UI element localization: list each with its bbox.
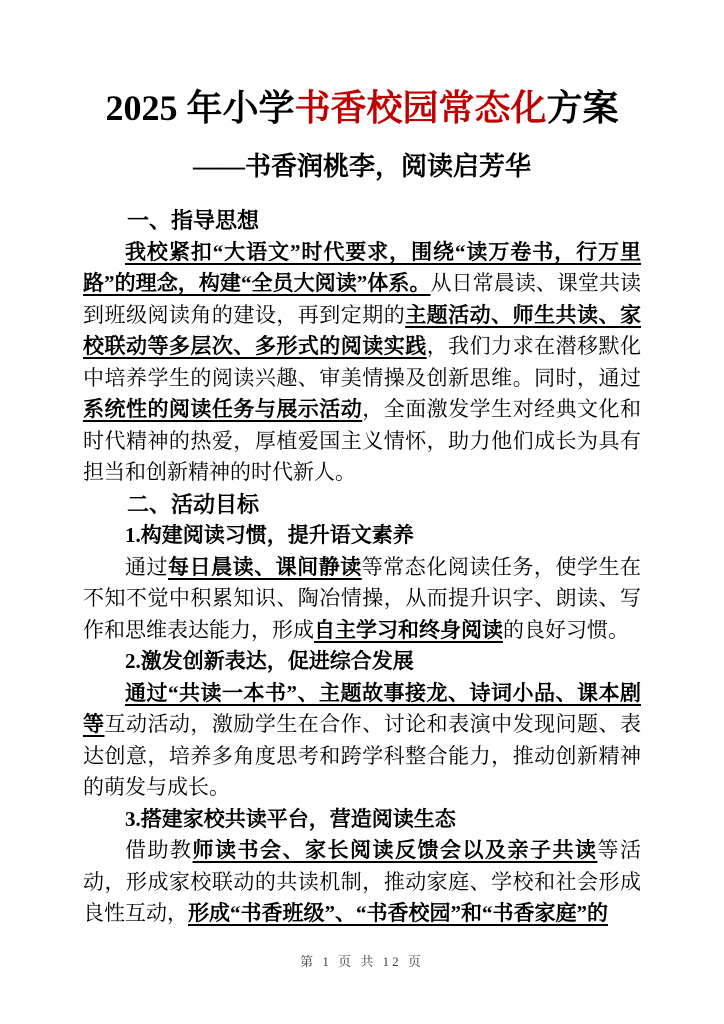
title-accent-text: 书香校园常态化 (294, 88, 546, 128)
numbered-subheading: 3.搭建家校共读平台，营造阅读生态 (83, 804, 641, 836)
emphasized-text-run: 师读书会、家长阅读反馈会以及亲子共读 (193, 838, 598, 862)
section-heading: 一、指导思想 (83, 205, 641, 237)
emphasized-text-run: 每日晨读、课间静读 (168, 555, 362, 579)
paragraph: 借助教师读书会、家长阅读反馈会以及亲子共读等活动，形成家校联动的共读机制，推动家… (83, 835, 641, 930)
document-body: 一、指导思想我校紧扣“大语文”时代要求，围绕“读万卷书，行万里路”的理念，构建“… (83, 205, 641, 930)
section-heading: 二、活动目标 (83, 489, 641, 521)
paragraph: 我校紧扣“大语文”时代要求，围绕“读万卷书，行万里路”的理念，构建“全员大阅读”… (83, 237, 641, 489)
page-number-footer: 第 1 页 共 12 页 (0, 951, 724, 970)
emphasized-text-run: 形成“书香班级”、“书香校园”和“书香家庭”的 (188, 901, 608, 925)
text-run: 互动活动，激励学生在合作、讨论和表演中发现问题、表达创意，培养多角度思考和跨学科… (83, 712, 641, 799)
document-page: 2025 年小学书香校园常态化方案 ——书香润桃李，阅读启芳华 一、指导思想我校… (0, 0, 724, 1024)
text-run: 通过 (125, 555, 168, 579)
paragraph: 通过每日晨读、课间静读等常态化阅读任务，使学生在不知不觉中积累知识、陶冶情操，从… (83, 552, 641, 647)
numbered-subheading: 1.构建阅读习惯，提升语文素养 (83, 520, 641, 552)
emphasized-text-run: 自主学习和终身阅读 (314, 618, 503, 642)
text-run: 借助教 (125, 838, 193, 862)
document-subtitle: ——书香润桃李，阅读启芳华 (83, 152, 641, 182)
paragraph: 通过“共读一本书”、主题故事接龙、诗词小品、课本剧等互动活动，激励学生在合作、讨… (83, 678, 641, 804)
numbered-subheading: 2.激发创新表达，促进综合发展 (83, 646, 641, 678)
title-text: 方案 (547, 88, 619, 128)
text-run: 的良好习惯。 (503, 618, 629, 642)
emphasized-text-run: 系统性的阅读任务与展示活动 (83, 397, 362, 421)
title-text: 2025 年小学 (105, 88, 294, 128)
document-title: 2025 年小学书香校园常态化方案 (83, 88, 641, 128)
